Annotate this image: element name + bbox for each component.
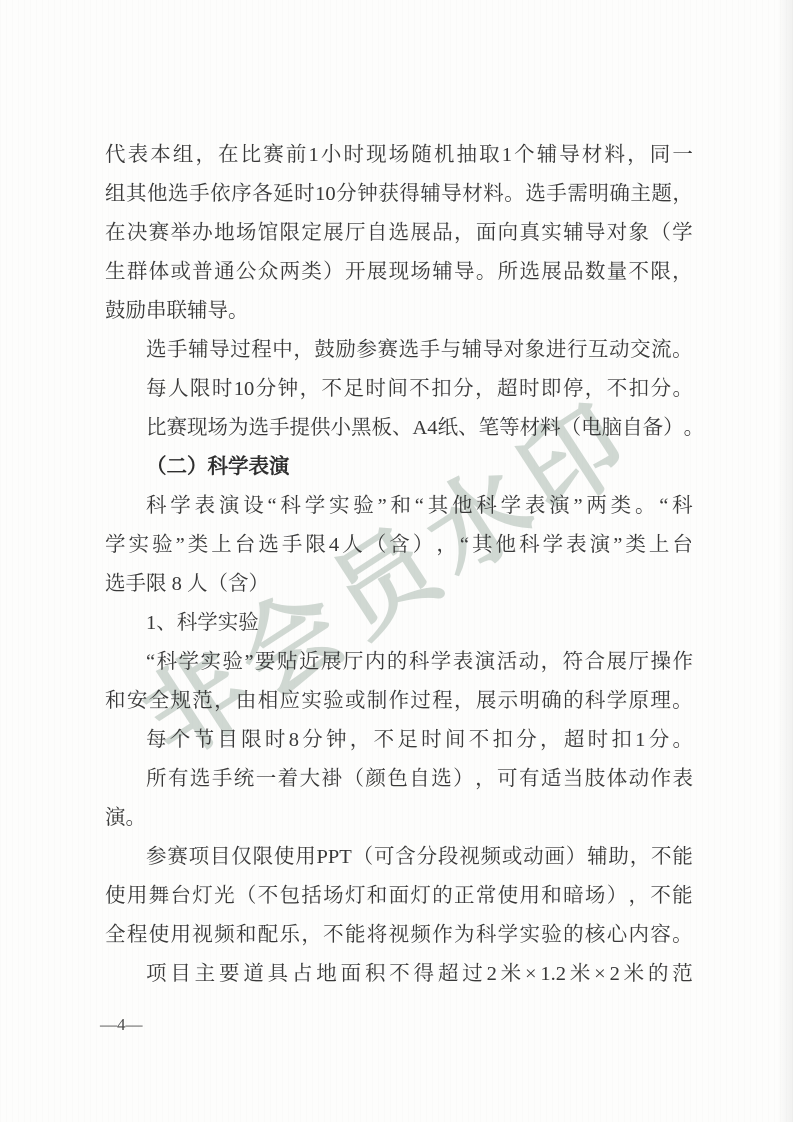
text-line: 和安全规范，由相应实验或制作过程，展示明确的科学原理。 (105, 682, 693, 721)
text-line: 科学表演设“科学实验”和“其他科学表演”两类。“科 (105, 487, 693, 526)
text-line: 组其他选手依序各延时10分钟获得辅导材料。选手需明确主题， (105, 175, 693, 214)
paragraph: 项目主要道具占地面积不得超过2米×1.2米×2米的范 (105, 955, 693, 994)
page-number: —4— (100, 1013, 143, 1037)
text-line: 选手辅导过程中，鼓励参赛选手与辅导对象进行互动交流。 (105, 331, 693, 370)
paragraph: 比赛现场为选手提供小黑板、A4纸、笔等材料（电脑自备）。 (105, 409, 693, 448)
document-body: 代表本组，在比赛前1小时现场随机抽取1个辅导材料，同一组其他选手依序各延时10分… (105, 136, 693, 994)
text-line: 选手限 8 人（含） (105, 565, 693, 604)
text-line: 使用舞台灯光（不包括场灯和面灯的正常使用和暗场），不能 (105, 877, 693, 916)
text-line: “科学实验”要贴近展厅内的科学表演活动，符合展厅操作 (105, 643, 693, 682)
text-line: 演。 (105, 799, 693, 838)
text-line: 1、科学实验 (105, 604, 693, 643)
text-line: 每个节目限时8分钟，不足时间不扣分，超时扣1分。 (105, 721, 693, 760)
text-line: 所有选手统一着大褂（颜色自选），可有适当肢体动作表 (105, 760, 693, 799)
text-line: 每人限时10分钟，不足时间不扣分，超时即停，不扣分。 (105, 370, 693, 409)
document-page: 非会员水印 代表本组，在比赛前1小时现场随机抽取1个辅导材料，同一组其他选手依序… (0, 0, 793, 1122)
paragraph: “科学实验”要贴近展厅内的科学表演活动，符合展厅操作和安全规范，由相应实验或制作… (105, 643, 693, 721)
text-line: 生群体或普通公众两类）开展现场辅导。所选展品数量不限， (105, 253, 693, 292)
text-line: （二）科学表演 (105, 448, 693, 487)
text-line: 全程使用视频和配乐，不能将视频作为科学实验的核心内容。 (105, 916, 693, 955)
paragraph: 每人限时10分钟，不足时间不扣分，超时即停，不扣分。 (105, 370, 693, 409)
paragraph: 1、科学实验 (105, 604, 693, 643)
paragraph: 所有选手统一着大褂（颜色自选），可有适当肢体动作表演。 (105, 760, 693, 838)
paragraph: 代表本组，在比赛前1小时现场随机抽取1个辅导材料，同一组其他选手依序各延时10分… (105, 136, 693, 331)
paragraph: 选手辅导过程中，鼓励参赛选手与辅导对象进行互动交流。 (105, 331, 693, 370)
text-line: 在决赛举办地场馆限定展厅自选展品，面向真实辅导对象（学 (105, 214, 693, 253)
text-line: 参赛项目仅限使用PPT（可含分段视频或动画）辅助，不能 (105, 838, 693, 877)
text-line: 鼓励串联辅导。 (105, 292, 693, 331)
paragraph: 科学表演设“科学实验”和“其他科学表演”两类。“科学实验”类上台选手限4人（含）… (105, 487, 693, 604)
text-line: 比赛现场为选手提供小黑板、A4纸、笔等材料（电脑自备）。 (105, 409, 693, 448)
text-line: 学实验”类上台选手限4人（含），“其他科学表演”类上台 (105, 526, 693, 565)
paragraph: 每个节目限时8分钟，不足时间不扣分，超时扣1分。 (105, 721, 693, 760)
paragraph: （二）科学表演 (105, 448, 693, 487)
paragraph: 参赛项目仅限使用PPT（可含分段视频或动画）辅助，不能使用舞台灯光（不包括场灯和… (105, 838, 693, 955)
text-line: 项目主要道具占地面积不得超过2米×1.2米×2米的范 (105, 955, 693, 994)
text-line: 代表本组，在比赛前1小时现场随机抽取1个辅导材料，同一 (105, 136, 693, 175)
